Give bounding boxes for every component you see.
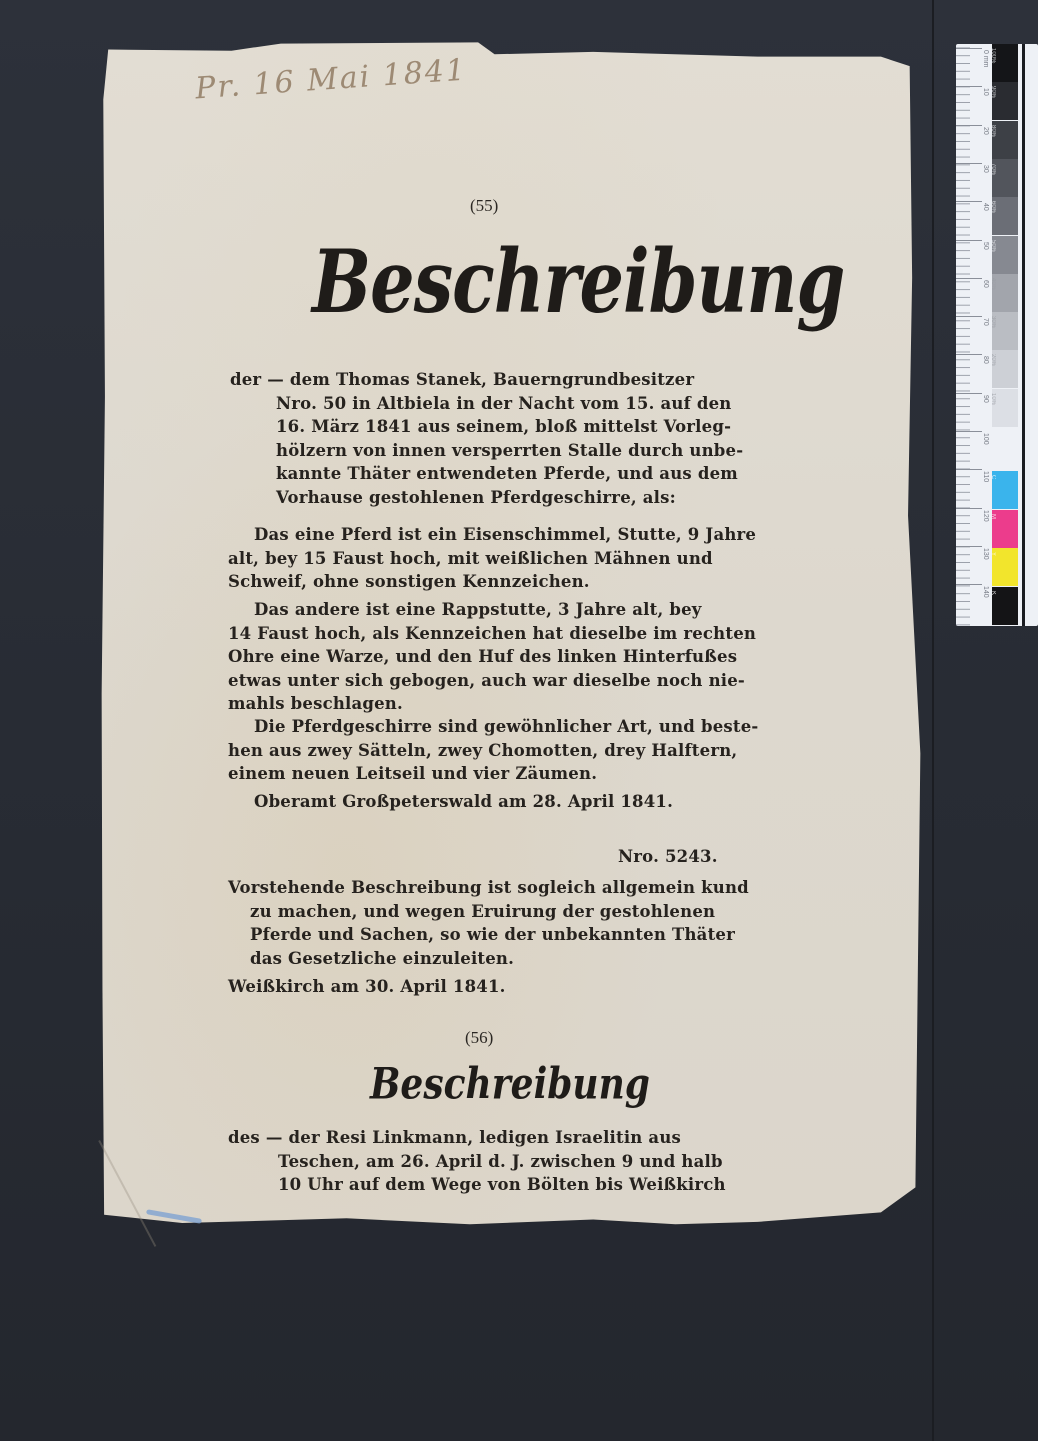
reference-number: Nro. 5243. — [618, 845, 718, 869]
ruler-tick — [956, 354, 982, 355]
ruler-label: 30 — [982, 165, 989, 173]
paragraph-line: Ohre eine Warze, und den Huf des linken … — [228, 645, 756, 669]
order-paragraph: Vorstehende Beschreibung ist sogleich al… — [228, 876, 749, 970]
paragraph-second-horse: Das andere ist eine Rappstutte, 3 Jahre … — [228, 598, 756, 716]
intro-line: kannte Thäter entwendeten Pferde, und au… — [230, 462, 743, 486]
ruler-label: 70 — [982, 318, 989, 326]
ruler-label: 0 mm — [982, 50, 989, 68]
ruler-tick — [956, 546, 982, 547]
paragraph-harness: Die Pferdgeschirre sind gewöhnlicher Art… — [228, 715, 758, 786]
intro-line: Nro. 50 in Altbiela in der Nacht vom 15.… — [230, 392, 743, 416]
ruler-label: 20 — [982, 127, 989, 135]
ruler-tick — [956, 316, 982, 317]
color-patch-label: Y — [990, 552, 996, 556]
intro-line: hölzern von innen versperrten Stalle dur… — [230, 439, 743, 463]
mount-divider — [932, 0, 934, 1441]
ruler-label: 100 — [982, 433, 989, 445]
intro-line: 16. März 1841 aus seinem, bloß mittelst … — [230, 415, 743, 439]
intro-line: Teschen, am 26. April d. J. zwischen 9 u… — [228, 1150, 726, 1174]
notice-number-55: (55) — [470, 196, 498, 216]
paragraph-line: etwas unter sich gebogen, auch war diese… — [228, 669, 756, 693]
ruler-tick — [956, 163, 982, 164]
gray-step-label: 90% — [990, 86, 996, 98]
order-line: Vorstehende Beschreibung ist sogleich al… — [228, 876, 749, 900]
ruler-tick — [956, 469, 982, 470]
paragraph-line: mahls beschlagen. — [228, 692, 756, 716]
gray-step-label: 40% — [990, 278, 996, 290]
ruler-tick — [956, 201, 982, 202]
intro-line: 10 Uhr auf dem Wege von Bölten bis Weißk… — [228, 1173, 726, 1197]
ruler-tick — [956, 508, 982, 509]
ruler-label: 50 — [982, 242, 989, 250]
ruler-label: 40 — [982, 203, 989, 211]
paragraph-line: hen aus zwey Sätteln, zwey Chomotten, dr… — [228, 739, 758, 763]
gray-step-label: 100% — [990, 48, 996, 63]
ruler-tick — [956, 393, 982, 394]
ruler-label: 140 — [982, 586, 989, 598]
ruler-label: 130 — [982, 548, 989, 560]
notice-2-intro: des — der Resi Linkmann, ledigen Israeli… — [228, 1126, 726, 1197]
notice-1-intro: der — dem Thomas Stanek, Bauerngrundbesi… — [230, 368, 743, 509]
reference-number-text: Nro. 5243. — [618, 845, 718, 869]
intro-line: Vorhause gestohlenen Pferdgeschirre, als… — [230, 486, 743, 510]
ruler-label: 120 — [982, 510, 989, 522]
ruler-label: 80 — [982, 356, 989, 364]
issuer-text: Oberamt Großpeterswald am 28. April 1841… — [254, 790, 673, 814]
color-patch-label: M — [990, 514, 996, 519]
issuer-line: Oberamt Großpeterswald am 28. April 1841… — [254, 790, 673, 814]
order-line: das Gesetzliche einzuleiten. — [228, 947, 749, 971]
ruler-tick — [956, 86, 982, 87]
gray-step-label: 80% — [990, 125, 996, 137]
gray-step-label: 60% — [990, 201, 996, 213]
gray-step-label: 50% — [990, 240, 996, 252]
paragraph-line: Das andere ist eine Rappstutte, 3 Jahre … — [228, 598, 756, 622]
place-date: Weißkirch am 30. April 1841. — [228, 975, 506, 999]
gray-step-label: 20% — [990, 354, 996, 366]
ruler-tick — [956, 278, 982, 279]
gray-step-label: 30% — [990, 316, 996, 328]
paragraph-line: alt, bey 15 Faust hoch, mit weißlichen M… — [228, 547, 756, 571]
ruler-label: 60 — [982, 280, 989, 288]
ruler-tick — [956, 431, 982, 432]
ruler-label: 10 — [982, 88, 989, 96]
notice-title-1: Beschreibung — [312, 230, 672, 334]
place-date-text: Weißkirch am 30. April 1841. — [228, 975, 506, 999]
card-edge-rule — [1022, 44, 1025, 626]
paragraph-line: Das eine Pferd ist ein Eisenschimmel, St… — [228, 523, 756, 547]
gray-step-label: 70% — [990, 163, 996, 175]
paragraph-line: 14 Faust hoch, als Kennzeichen hat diese… — [228, 622, 756, 646]
intro-line: der — dem Thomas Stanek, Bauerngrundbesi… — [230, 368, 743, 392]
order-line: zu machen, und wegen Eruirung der gestoh… — [228, 900, 749, 924]
intro-line: des — der Resi Linkmann, ledigen Israeli… — [228, 1126, 726, 1150]
paragraph-line: einem neuen Leitseil und vier Zäumen. — [228, 762, 758, 786]
ruler-tick — [956, 240, 982, 241]
paragraph-line: Die Pferdgeschirre sind gewöhnlicher Art… — [228, 715, 758, 739]
color-patch-label: C — [990, 475, 996, 479]
ruler-tick — [956, 48, 982, 49]
notice-number-56: (56) — [465, 1028, 493, 1048]
ruler-label: 110 — [982, 471, 989, 482]
ruler-tick — [956, 125, 982, 126]
paragraph-first-horse: Das eine Pferd ist ein Eisenschimmel, St… — [228, 523, 756, 594]
gray-step-label: 10% — [990, 393, 996, 405]
paragraph-line: Schweif, ohne sonstigen Kennzeichen. — [228, 570, 756, 594]
notice-title-2: Beschreibung — [370, 1059, 580, 1109]
ruler-tick — [956, 584, 982, 585]
color-patch-label: K — [990, 591, 996, 595]
ruler-label: 90 — [982, 395, 989, 403]
order-line: Pferde und Sachen, so wie der unbekannte… — [228, 923, 749, 947]
